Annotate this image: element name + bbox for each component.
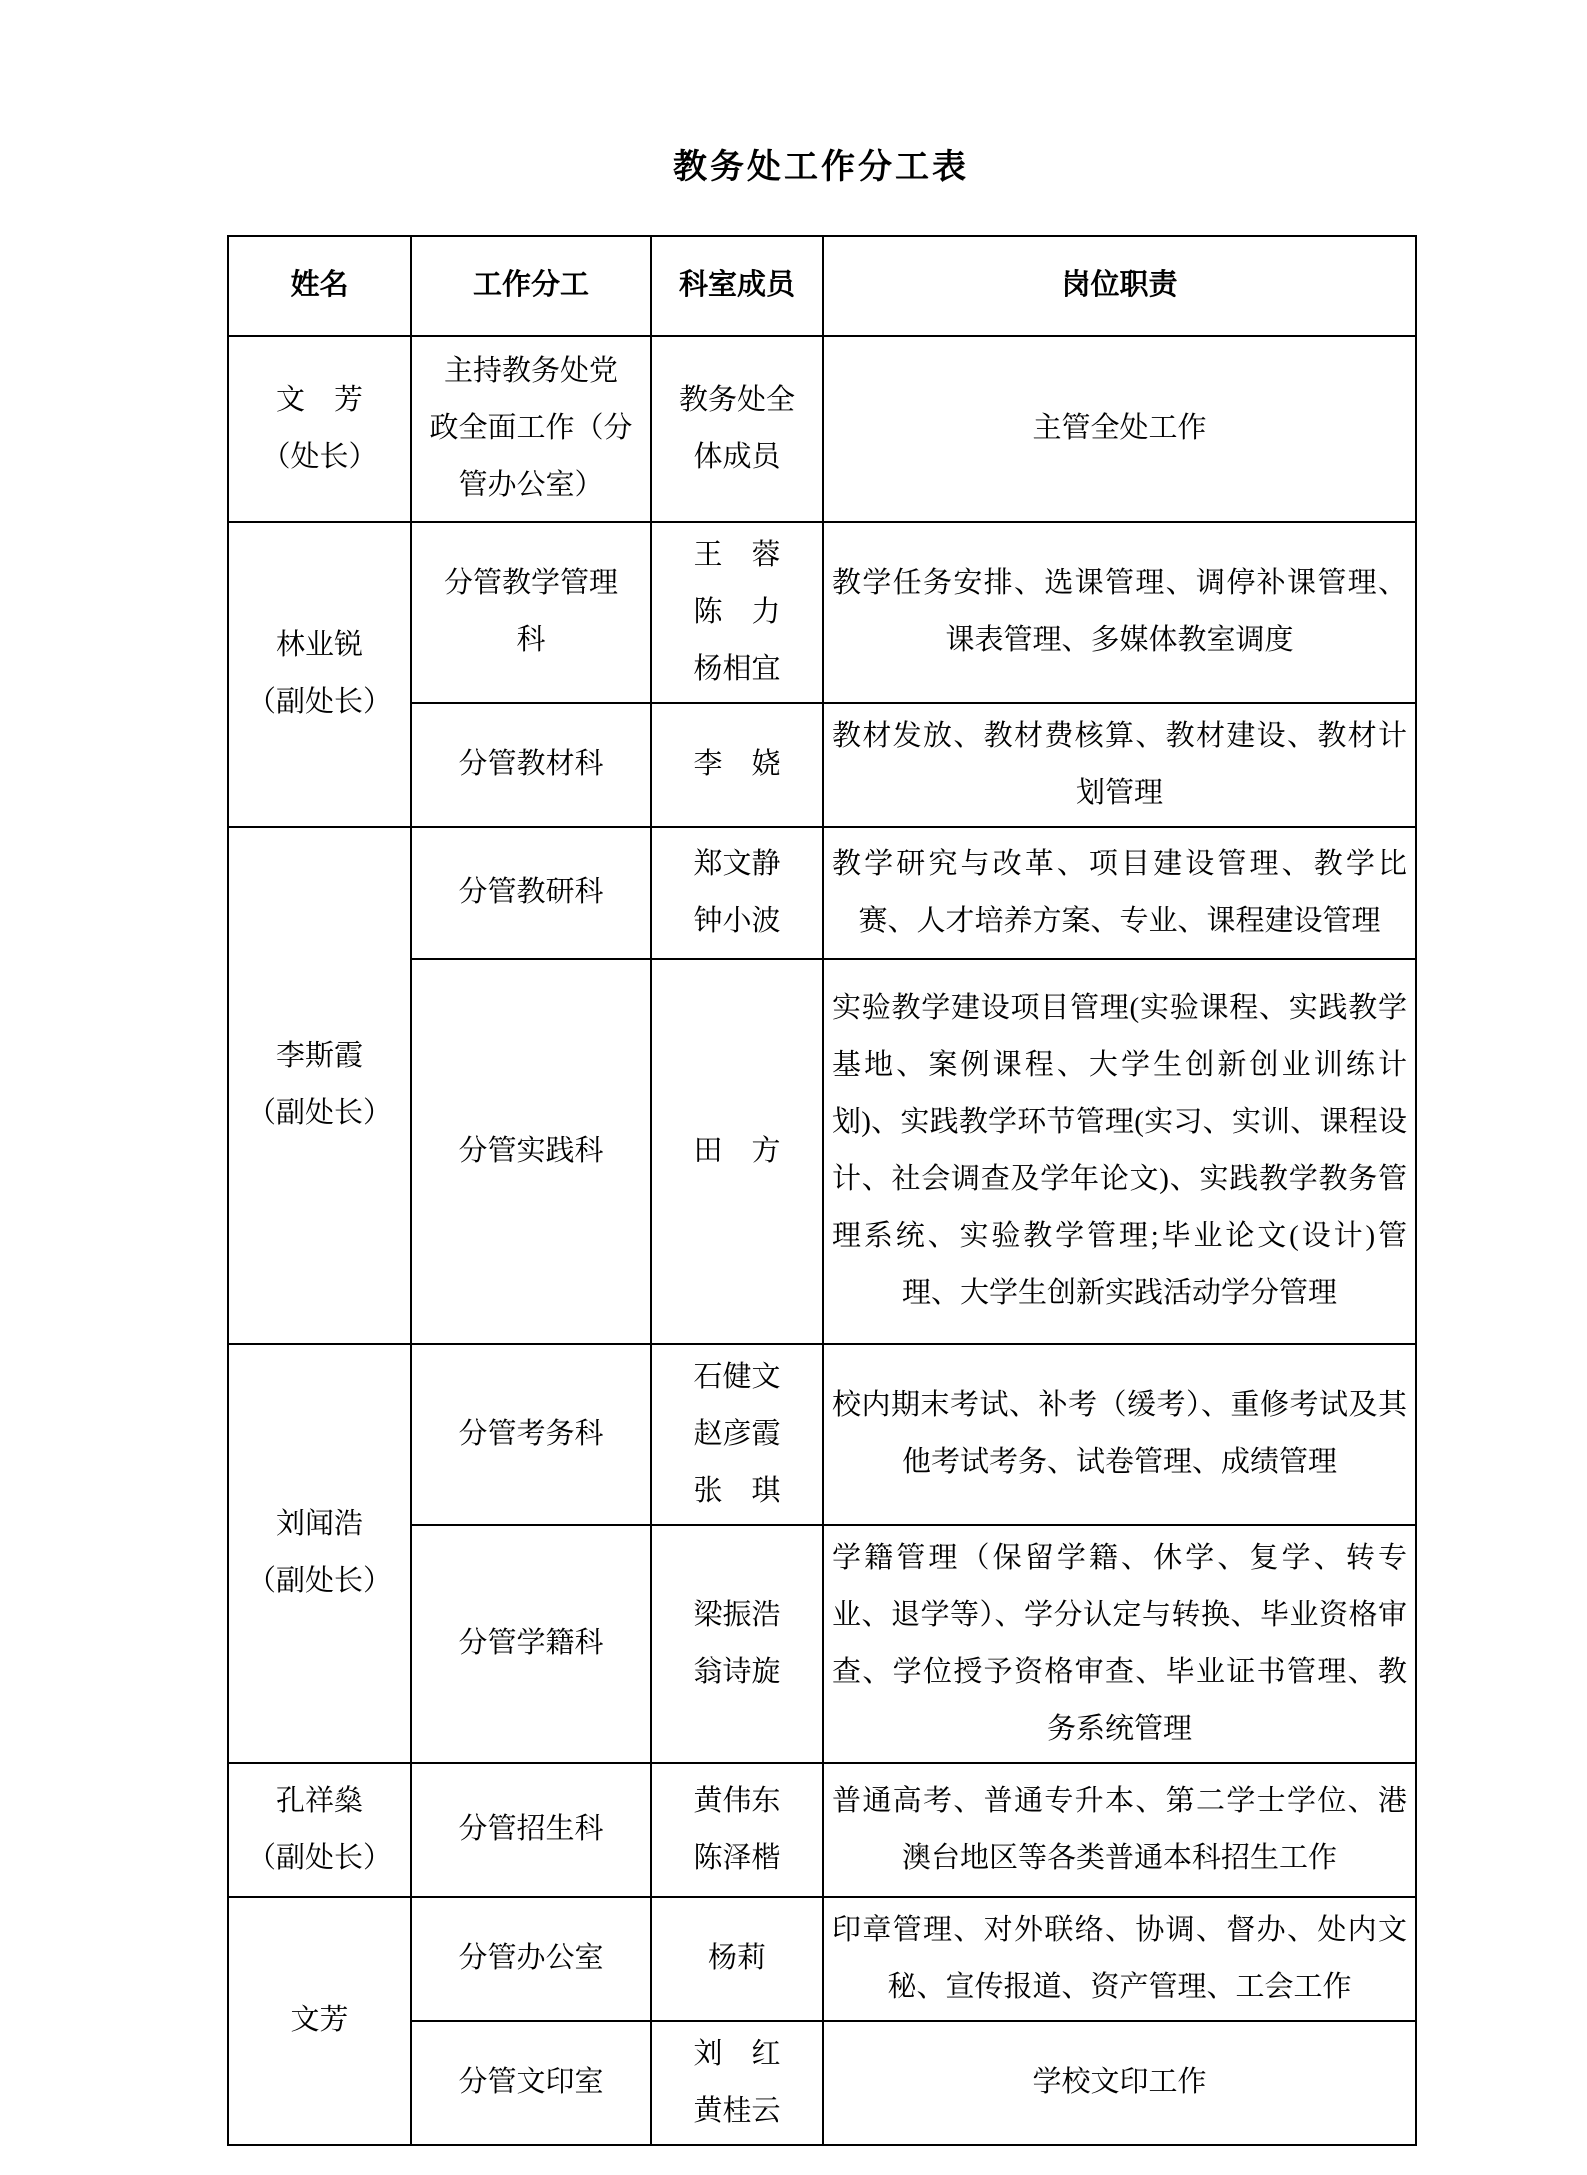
- cell-name: 孔祥燊 （副处长）: [228, 1763, 411, 1897]
- cell-name: 文 芳 （处长）: [228, 336, 411, 522]
- cell-name: 李斯霞 （副处长）: [228, 827, 411, 1344]
- cell-division: 分管教材科: [411, 703, 651, 827]
- cell-division: 分管考务科: [411, 1344, 651, 1525]
- cell-members: 黄伟东 陈泽楷: [651, 1763, 823, 1897]
- cell-duties: 校内期末考试、补考（缓考）、重修考试及其他考试考务、试卷管理、成绩管理: [823, 1344, 1416, 1525]
- cell-duties: 学校文印工作: [823, 2021, 1416, 2145]
- cell-division: 分管学籍科: [411, 1525, 651, 1763]
- cell-members: 刘 红 黄桂云: [651, 2021, 823, 2145]
- cell-members: 王 蓉 陈 力 杨相宜: [651, 522, 823, 703]
- cell-division: 分管教学管理 科: [411, 522, 651, 703]
- table-row: 李斯霞 （副处长） 分管教研科 郑文静 钟小波 教学研究与改革、项目建设管理、教…: [228, 827, 1416, 959]
- cell-duties: 实验教学建设项目管理(实验课程、实践教学基地、案例课程、大学生创新创业训练计划)…: [823, 959, 1416, 1344]
- cell-duties: 普通高考、普通专升本、第二学士学位、港澳台地区等各类普通本科招生工作: [823, 1763, 1416, 1897]
- cell-name: 林业锐 （副处长）: [228, 522, 411, 827]
- cell-duties: 教材发放、教材费核算、教材建设、教材计划管理: [823, 703, 1416, 827]
- cell-duties: 印章管理、对外联络、协调、督办、处内文秘、宣传报道、资产管理、工会工作: [823, 1897, 1416, 2021]
- table-row: 林业锐 （副处长） 分管教学管理 科 王 蓉 陈 力 杨相宜 教学任务安排、选课…: [228, 522, 1416, 703]
- cell-name: 文芳: [228, 1897, 411, 2145]
- table-header-row: 姓名 工作分工 科室成员 岗位职责: [228, 236, 1416, 336]
- table-row: 文芳 分管办公室 杨莉 印章管理、对外联络、协调、督办、处内文秘、宣传报道、资产…: [228, 1897, 1416, 2021]
- column-header-name: 姓名: [228, 236, 411, 336]
- cell-division: 分管文印室: [411, 2021, 651, 2145]
- cell-members: 石健文 赵彦霞 张 琪: [651, 1344, 823, 1525]
- cell-members: 郑文静 钟小波: [651, 827, 823, 959]
- cell-duties: 教学研究与改革、项目建设管理、教学比赛、人才培养方案、专业、课程建设管理: [823, 827, 1416, 959]
- work-division-table: 姓名 工作分工 科室成员 岗位职责 文 芳 （处长） 主持教务处党 政全面工作（…: [227, 235, 1417, 2146]
- column-header-division: 工作分工: [411, 236, 651, 336]
- column-header-duties: 岗位职责: [823, 236, 1416, 336]
- table-row: 孔祥燊 （副处长） 分管招生科 黄伟东 陈泽楷 普通高考、普通专升本、第二学士学…: [228, 1763, 1416, 1897]
- cell-division: 分管办公室: [411, 1897, 651, 2021]
- cell-duties: 教学任务安排、选课管理、调停补课管理、课表管理、多媒体教室调度: [823, 522, 1416, 703]
- cell-division: 主持教务处党 政全面工作（分 管办公室）: [411, 336, 651, 522]
- cell-division: 分管招生科: [411, 1763, 651, 1897]
- cell-duties: 主管全处工作: [823, 336, 1416, 522]
- cell-division: 分管教研科: [411, 827, 651, 959]
- cell-members: 杨莉: [651, 1897, 823, 2021]
- cell-members: 教务处全 体成员: [651, 336, 823, 522]
- cell-name: 刘闻浩 （副处长）: [228, 1344, 411, 1763]
- table-row: 文 芳 （处长） 主持教务处党 政全面工作（分 管办公室） 教务处全 体成员 主…: [228, 336, 1416, 522]
- cell-members: 李 娆: [651, 703, 823, 827]
- cell-members: 田 方: [651, 959, 823, 1344]
- column-header-members: 科室成员: [651, 236, 823, 336]
- document-page: 教务处工作分工表 姓名 工作分工 科室成员 岗位职责 文 芳 （处长） 主持教务…: [0, 0, 1587, 2175]
- cell-division: 分管实践科: [411, 959, 651, 1344]
- table-row: 刘闻浩 （副处长） 分管考务科 石健文 赵彦霞 张 琪 校内期末考试、补考（缓考…: [228, 1344, 1416, 1525]
- cell-duties: 学籍管理（保留学籍、休学、复学、转专业、退学等）、学分认定与转换、毕业资格审查、…: [823, 1525, 1416, 1763]
- page-title: 教务处工作分工表: [227, 148, 1415, 189]
- cell-members: 梁振浩 翁诗旋: [651, 1525, 823, 1763]
